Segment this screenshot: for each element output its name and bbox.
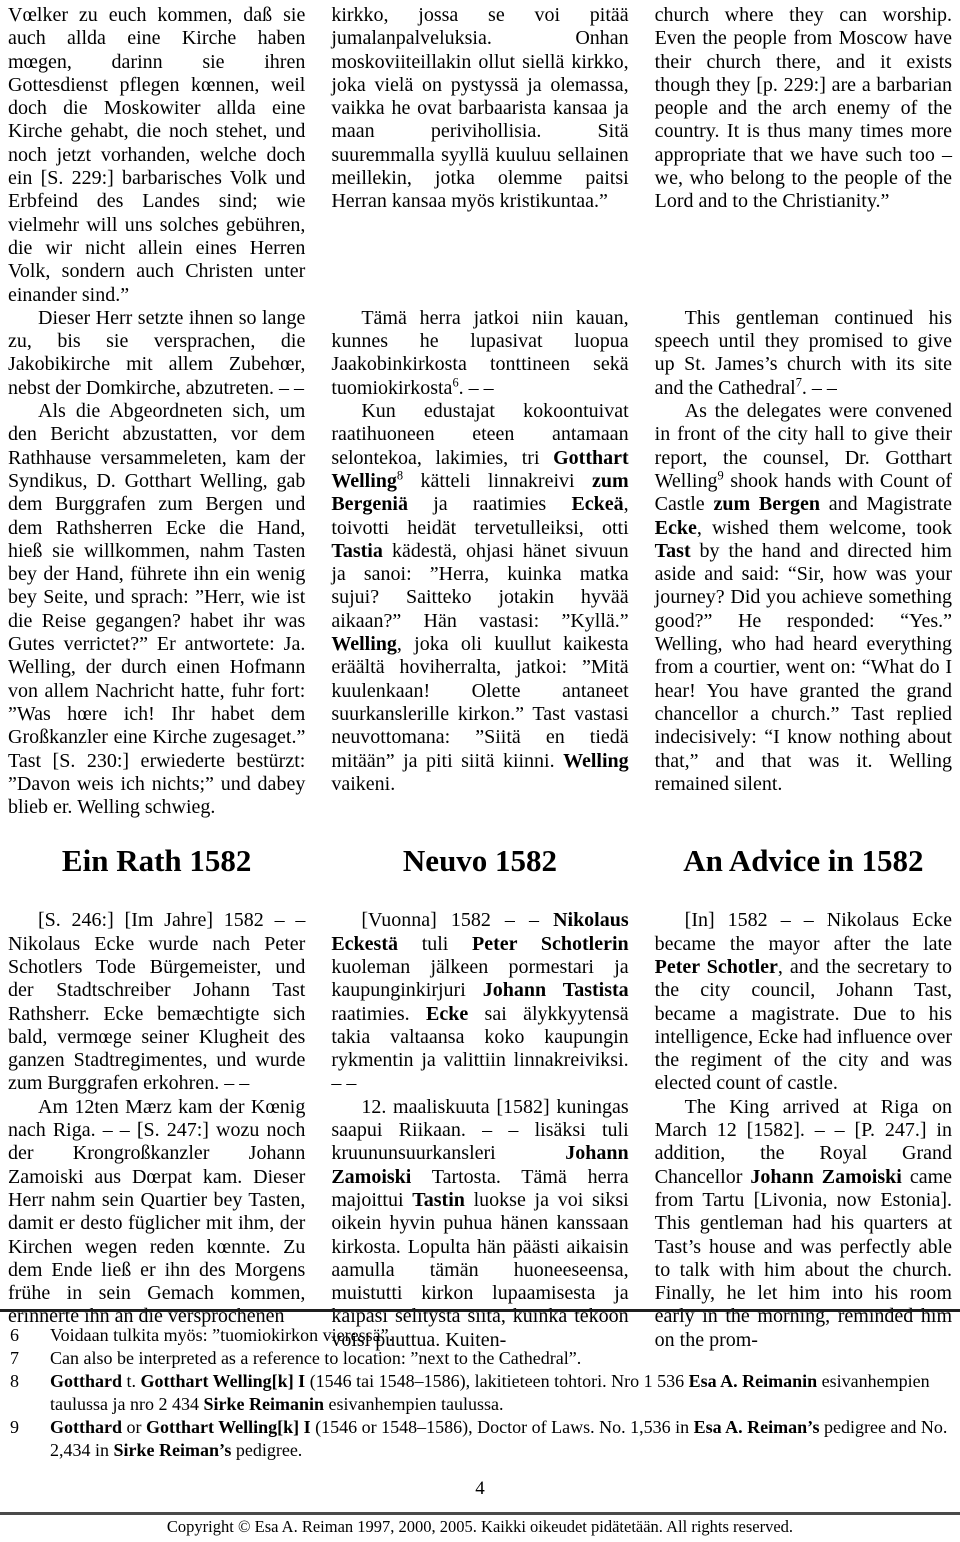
text-run: . – – — [802, 377, 837, 399]
copyright-text: Copyright © Esa A. Reiman 1997, 2000, 20… — [167, 1517, 793, 1536]
text-run: Welling — [331, 633, 397, 655]
footnote: 6Voidaan tulkita myös: ”tuomiokirkon vie… — [10, 1324, 950, 1347]
text-run: t. — [122, 1371, 141, 1391]
footnotes-section: 6Voidaan tulkita myös: ”tuomiokirkon vie… — [0, 1309, 960, 1462]
footnote: 8Gotthard t. Gotthart Welling[k] I (1546… — [10, 1370, 950, 1416]
footnote-text: Gotthard or Gotthart Welling[k] I (1546 … — [50, 1416, 950, 1462]
text-run: by the hand and directed him aside and s… — [655, 540, 952, 795]
text-run: Tast — [655, 540, 691, 562]
text-run: kätteli linnakreivi — [403, 470, 592, 492]
page-body: Vœlker zu euch kommen, daß sie auch alld… — [8, 4, 952, 1309]
paragraph-finnish: kirkko, jossa se voi pitää jumalanpalvel… — [331, 4, 628, 307]
text-run: Peter Schotlerin — [472, 933, 629, 955]
text-run: Voidaan tulkita myös: ”tuomiokirkon vier… — [50, 1325, 393, 1345]
text-run: tuli — [398, 933, 472, 955]
paragraph-english: As the delegates were convened in front … — [655, 400, 952, 819]
paragraph-finnish: Kun edustajat kokoontuivat raatihuoneen … — [331, 400, 628, 819]
text-run: Gotthard — [50, 1417, 122, 1437]
text-run: Sirke Reiman’s — [114, 1440, 232, 1460]
text-run: raatimies. — [331, 1003, 426, 1025]
footnote-number: 8 — [10, 1370, 50, 1416]
text-run: , wished them welcome, took — [697, 517, 952, 539]
text-run: Sirke Reimanin — [203, 1394, 324, 1414]
text-run: Peter Schotler — [655, 956, 778, 978]
section-header-finnish: Neuvo 1582 — [331, 843, 628, 879]
text-run: zum Bergen — [713, 493, 820, 515]
footnote: 7Can also be interpreted as a reference … — [10, 1347, 950, 1370]
text-run: or — [122, 1417, 146, 1437]
footnote-text: Voidaan tulkita myös: ”tuomiokirkon vier… — [50, 1324, 950, 1347]
text-run: Johann Tastista — [483, 979, 629, 1001]
paragraph-english: [In] 1582 – – Nikolaus Ecke became the m… — [655, 909, 952, 1095]
text-run: [S. 246:] [Im Jahre] 1582 – – Nikolaus E… — [8, 909, 305, 1094]
text-run: Eckeä — [571, 493, 623, 515]
footnote-text: Gotthard t. Gotthart Welling[k] I (1546 … — [50, 1370, 950, 1416]
text-run: kirkko, jossa se voi pitää jumalanpalvel… — [331, 4, 628, 212]
paragraph-finnish: [Vuonna] 1582 – – Nikolaus Eckestä tuli … — [331, 909, 628, 1095]
text-run: Gotthart Welling[k] I — [146, 1417, 311, 1437]
text-run: Am 12ten Mærz kam der Kœnig nach Riga. –… — [8, 1096, 305, 1328]
text-run: ja raatimies — [408, 493, 571, 515]
paragraph-german: [S. 246:] [Im Jahre] 1582 – – Nikolaus E… — [8, 909, 305, 1095]
text-run: [Vuonna] 1582 – – — [361, 909, 553, 931]
footnote: 9Gotthard or Gotthart Welling[k] I (1546… — [10, 1416, 950, 1462]
paragraph-german: Vœlker zu euch kommen, daß sie auch alld… — [8, 4, 305, 307]
text-run: Can also be interpreted as a reference t… — [50, 1348, 581, 1368]
text-run: vaikeni. — [331, 773, 395, 795]
footnote-number: 7 — [10, 1347, 50, 1370]
footnotes-list: 6Voidaan tulkita myös: ”tuomiokirkon vie… — [10, 1324, 950, 1462]
text-run: Ecke — [426, 1003, 468, 1025]
copyright-footer: Copyright © Esa A. Reiman 1997, 2000, 20… — [0, 1512, 960, 1542]
text-run: [In] 1582 – – Nikolaus Ecke became the m… — [655, 909, 952, 954]
text-run: esivanhempien taulussa. — [324, 1394, 503, 1414]
columns-grid: Vœlker zu euch kommen, daß sie auch alld… — [8, 4, 952, 1352]
text-run: Ecke — [655, 517, 697, 539]
text-run: Tastia — [331, 540, 383, 562]
text-run: Tastin — [412, 1189, 465, 1211]
document-page: Vœlker zu euch kommen, daß sie auch alld… — [0, 0, 960, 1542]
text-run: . – – — [459, 377, 494, 399]
text-run: Welling — [563, 750, 629, 772]
paragraph-english: church where they can worship. Even the … — [655, 4, 952, 307]
text-run: (1546 or 1548–1586), Doctor of Laws. No.… — [311, 1417, 694, 1437]
paragraph-german: Als die Abgeordneten sich, um den Berich… — [8, 400, 305, 819]
text-run: Esa A. Reiman’s — [694, 1417, 820, 1437]
footnote-number: 9 — [10, 1416, 50, 1462]
paragraph-german: Dieser Herr setzte ihnen so lange zu, bi… — [8, 307, 305, 400]
paragraph-english: This gentleman continued his speech unti… — [655, 307, 952, 400]
section-header-german: Ein Rath 1582 — [8, 843, 305, 879]
footnote-number: 6 — [10, 1324, 50, 1347]
paragraph-finnish: Tämä herra jatkoi niin kauan, kunnes he … — [331, 307, 628, 400]
text-run: Gotthart Welling[k] I — [141, 1371, 306, 1391]
page-number: 4 — [8, 1478, 952, 1500]
text-run: church where they can worship. Even the … — [655, 4, 952, 212]
text-run: (1546 tai 1548–1586), lakitieteen tohtor… — [305, 1371, 688, 1391]
text-run: Gotthard — [50, 1371, 122, 1391]
text-run: pedigree. — [231, 1440, 302, 1460]
text-run: Vœlker zu euch kommen, daß sie auch alld… — [8, 4, 305, 306]
text-run: Johann Zamoiski — [750, 1166, 901, 1188]
text-run: and Magistrate — [820, 493, 952, 515]
footnote-text: Can also be interpreted as a reference t… — [50, 1347, 950, 1370]
text-run: Dieser Herr setzte ihnen so lange zu, bi… — [8, 307, 305, 399]
text-run: Als die Abgeordneten sich, um den Berich… — [8, 400, 305, 818]
section-header-english: An Advice in 1582 — [655, 843, 952, 879]
text-run: Esa A. Reimanin — [689, 1371, 818, 1391]
